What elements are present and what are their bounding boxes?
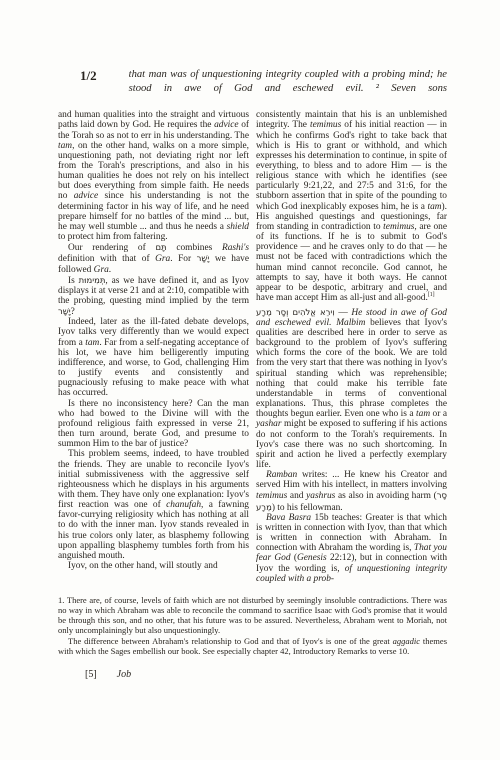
- paragraph: Is תְּמִימוּת, as we have defined it, an…: [58, 275, 249, 318]
- paragraph: and human qualities into the straight an…: [58, 110, 249, 242]
- book-title: Job: [117, 669, 131, 680]
- page-header: 1/2 that man was of unquestioning integr…: [58, 68, 447, 95]
- paragraph: Is there no inconsistency here? Can the …: [58, 399, 249, 450]
- commentary-columns: and human qualities into the straight an…: [58, 110, 447, 584]
- paragraph: Iyov, on the other hand, will stoutly an…: [58, 561, 249, 571]
- verse-reference: 1/2: [80, 68, 97, 84]
- paragraph: 1. There are, of course, levels of faith…: [58, 595, 447, 636]
- paragraph: This problem seems, indeed, to have trou…: [58, 449, 249, 561]
- paragraph: Bava Basra 15b teaches: Greater is that …: [256, 513, 447, 584]
- paragraph: וִירֵא אֱלֹהִים וְסָר מֵרָע — He stood i…: [256, 307, 447, 471]
- left-column: and human qualities into the straight an…: [58, 110, 249, 584]
- right-column: consistently maintain that his is an unb…: [256, 110, 447, 584]
- book-page: 1/2 that man was of unquestioning integr…: [0, 0, 500, 760]
- page-footer: [5] Job: [58, 669, 447, 680]
- verse-text: that man was of unquestioning integrity …: [129, 68, 447, 95]
- footnotes-section: 1. There are, of course, levels of faith…: [58, 595, 447, 656]
- paragraph: Our rendering of תָּם combines Rashi's d…: [58, 242, 249, 274]
- paragraph: Ramban writes: ... He knew his Creator a…: [256, 470, 447, 513]
- page-number: [5]: [85, 669, 97, 680]
- paragraph: consistently maintain that his is an unb…: [256, 110, 447, 303]
- paragraph: Indeed, later as the ill-fated debate de…: [58, 317, 249, 398]
- paragraph: The difference between Abraham's relatio…: [58, 636, 447, 656]
